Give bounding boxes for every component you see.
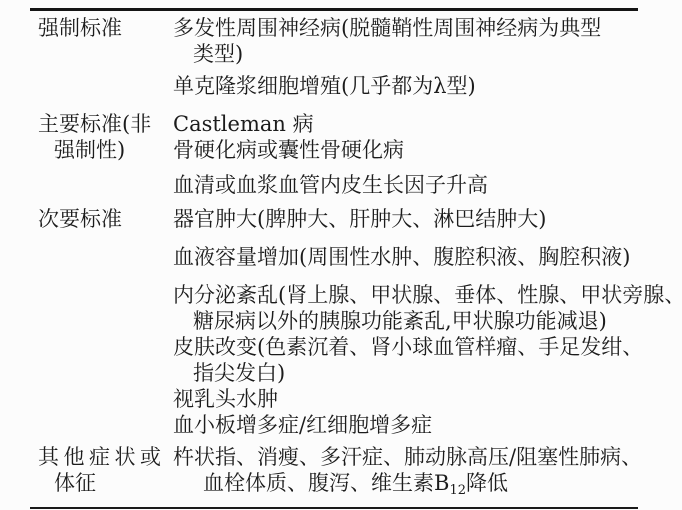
row-label: 强制标准 [30, 15, 173, 41]
criteria-line: 血清或血浆血管内皮生长因子升高 [173, 172, 638, 198]
criteria-line: 糖尿病以外的胰腺功能紊乱,甲状腺功能减退) [173, 308, 638, 334]
criteria-line: 血栓体质、腹泻、维生素B12降低 [173, 470, 638, 504]
scanned-page: 强制标准 多发性周围神经病(脱髓鞘性周围神经病为典型 类型) 单克隆浆细胞增殖(… [0, 0, 682, 510]
criteria-item: 骨硬化病或囊性骨硬化病 [173, 137, 638, 163]
criteria-line: 指尖发白) [173, 360, 638, 386]
criteria-line: 骨硬化病或囊性骨硬化病 [173, 137, 638, 163]
row-label: 其他症状或 体征 [30, 444, 173, 496]
table-bottom-rule [30, 507, 638, 509]
criteria-line: 皮肤改变(色素沉着、肾小球血管样瘤、手足发绀、 [173, 334, 638, 360]
b12-suffix: 降低 [466, 471, 508, 495]
criteria-line: Castleman 病 [173, 111, 638, 137]
table-body: 强制标准 多发性周围神经病(脱髓鞘性周围神经病为典型 类型) 单克隆浆细胞增殖(… [30, 11, 638, 504]
criteria-line: 器官肿大(脾肿大、肝肿大、淋巴结肿大) [173, 206, 638, 232]
table-row-major: 主要标准(非 强制性) Castleman 病 骨硬化病或囊性骨硬化病 血清或血… [30, 111, 638, 198]
criteria-item: 单克隆浆细胞增殖(几乎都为λ型) [173, 73, 638, 99]
label-line: 次要标准 [38, 206, 173, 232]
criteria-item: 血清或血浆血管内皮生长因子升高 [173, 172, 638, 198]
vitamin-b12-subscript: 12 [449, 483, 466, 498]
criteria-item: Castleman 病 [173, 111, 638, 137]
criteria-item: 多发性周围神经病(脱髓鞘性周围神经病为典型 类型) [173, 15, 638, 67]
table-row-other: 其他症状或 体征 杵状指、消瘦、多汗症、肺动脉高压/阻塞性肺病、 血栓体质、腹泻… [30, 444, 638, 504]
criteria-line: 杵状指、消瘦、多汗症、肺动脉高压/阻塞性肺病、 [173, 444, 638, 470]
criteria-line: 血小板增多症/红细胞增多症 [173, 412, 638, 438]
row-content: 多发性周围神经病(脱髓鞘性周围神经病为典型 类型) 单克隆浆细胞增殖(几乎都为λ… [173, 15, 638, 99]
criteria-line: 多发性周围神经病(脱髓鞘性周围神经病为典型 [173, 15, 638, 41]
b12-prefix: 血栓体质、腹泻、维生素B [203, 471, 449, 495]
label-line: 体征 [38, 470, 173, 496]
criteria-line: 类型) [173, 41, 638, 67]
criteria-line: 单克隆浆细胞增殖(几乎都为λ型) [173, 73, 638, 99]
criteria-table: 强制标准 多发性周围神经病(脱髓鞘性周围神经病为典型 类型) 单克隆浆细胞增殖(… [30, 8, 638, 509]
label-line: 强制性) [38, 137, 173, 163]
criteria-item: 器官肿大(脾肿大、肝肿大、淋巴结肿大) [173, 206, 638, 232]
criteria-item: 内分泌紊乱(肾上腺、甲状腺、垂体、性腺、甲状旁腺、 糖尿病以外的胰腺功能紊乱,甲… [173, 282, 638, 334]
row-label: 主要标准(非 强制性) [30, 111, 173, 163]
criteria-item: 视乳头水肿 [173, 386, 638, 412]
label-line: 其他症状或 [38, 444, 173, 470]
criteria-line: 视乳头水肿 [173, 386, 638, 412]
table-row-mandatory: 强制标准 多发性周围神经病(脱髓鞘性周围神经病为典型 类型) 单克隆浆细胞增殖(… [30, 15, 638, 99]
row-content: 杵状指、消瘦、多汗症、肺动脉高压/阻塞性肺病、 血栓体质、腹泻、维生素B12降低 [173, 444, 638, 504]
row-content: 器官肿大(脾肿大、肝肿大、淋巴结肿大) 血液容量增加(周围性水肿、腹腔积液、胸腔… [173, 206, 638, 438]
criteria-item: 血小板增多症/红细胞增多症 [173, 412, 638, 438]
label-line: 强制标准 [38, 15, 173, 41]
criteria-item: 血液容量增加(周围性水肿、腹腔积液、胸腔积液) [173, 244, 638, 270]
criteria-item: 皮肤改变(色素沉着、肾小球血管样瘤、手足发绀、 指尖发白) [173, 334, 638, 386]
criteria-line: 内分泌紊乱(肾上腺、甲状腺、垂体、性腺、甲状旁腺、 [173, 282, 638, 308]
row-content: Castleman 病 骨硬化病或囊性骨硬化病 血清或血浆血管内皮生长因子升高 [173, 111, 638, 198]
criteria-line: 血液容量增加(周围性水肿、腹腔积液、胸腔积液) [173, 244, 638, 270]
label-line: 主要标准(非 [38, 111, 173, 137]
table-row-minor: 次要标准 器官肿大(脾肿大、肝肿大、淋巴结肿大) 血液容量增加(周围性水肿、腹腔… [30, 206, 638, 438]
criteria-item: 杵状指、消瘦、多汗症、肺动脉高压/阻塞性肺病、 血栓体质、腹泻、维生素B12降低 [173, 444, 638, 504]
row-label: 次要标准 [30, 206, 173, 232]
